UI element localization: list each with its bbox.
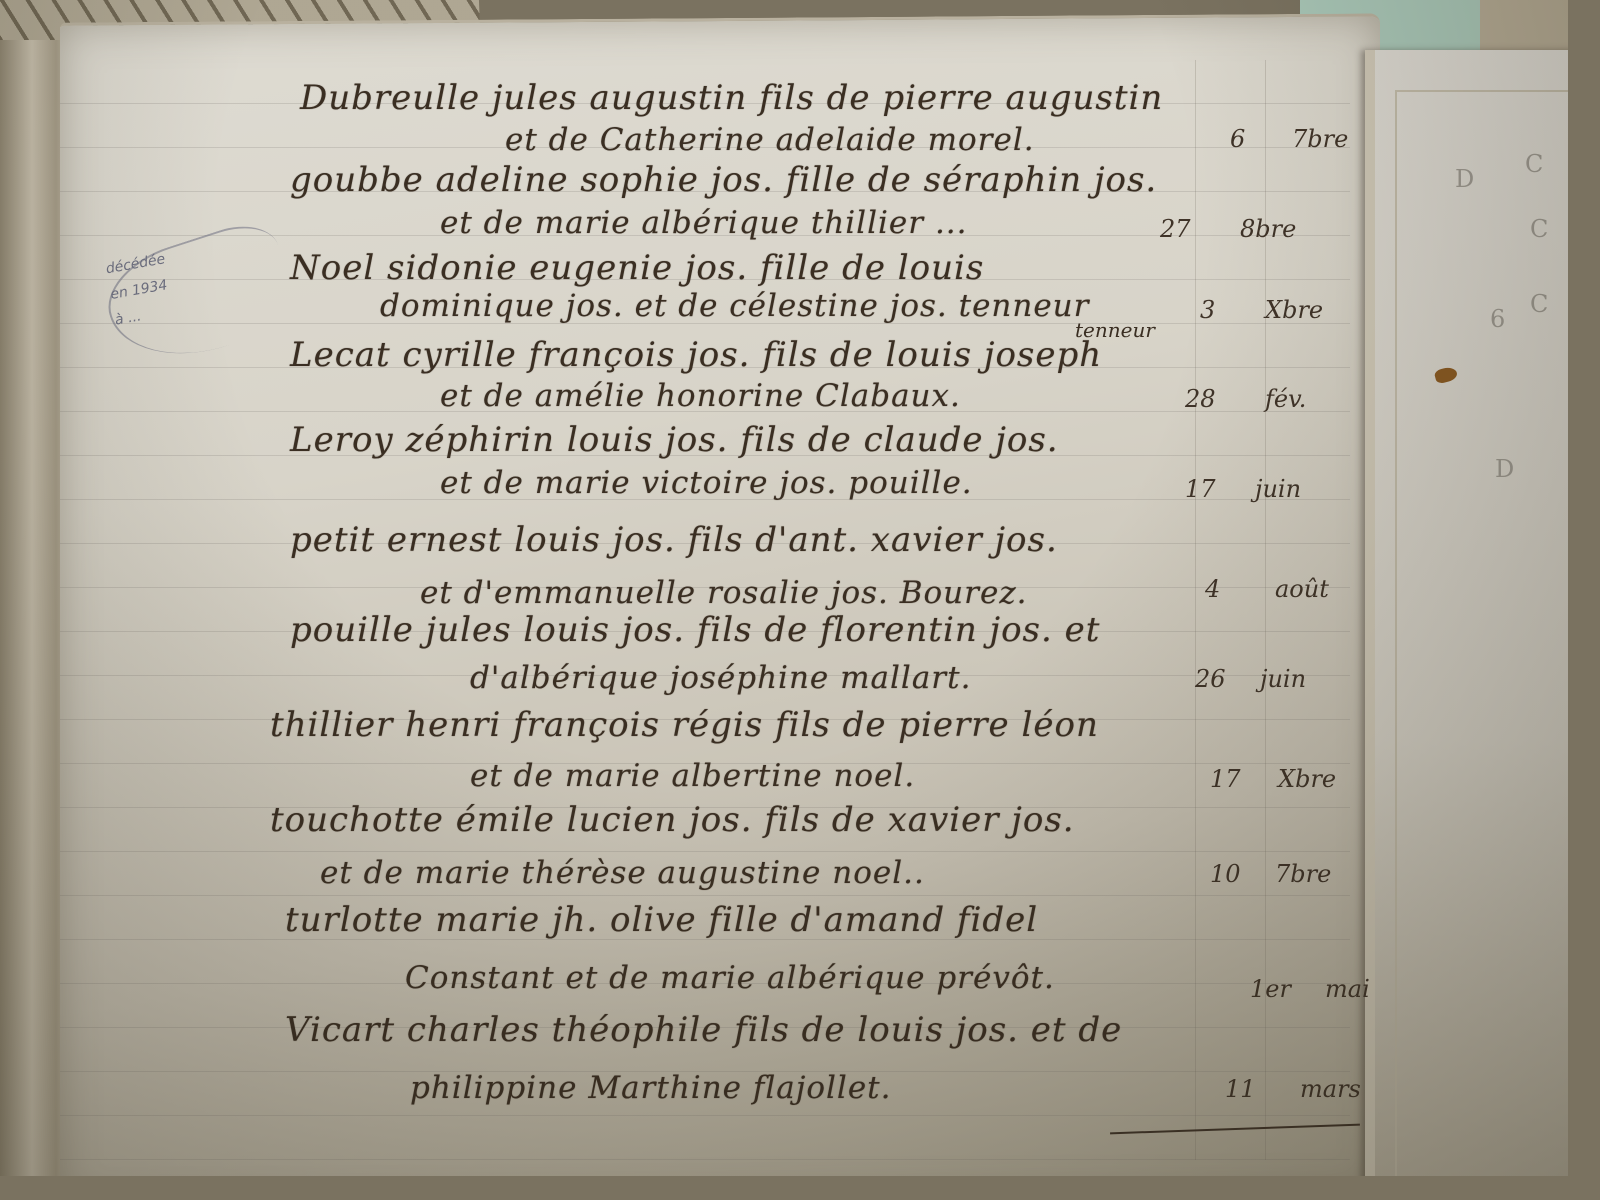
right-page-glyph: C [1530, 215, 1548, 243]
entry-line: Leroy zéphirin louis jos. fils de claude… [290, 420, 1059, 460]
entry-line: goubbe adeline sophie jos. fille de séra… [290, 160, 1157, 200]
entry-date-day: 28 [1185, 385, 1216, 413]
right-page-glyph: 6 [1490, 305, 1505, 333]
entry-line: Noel sidonie eugenie jos. fille de louis [290, 248, 984, 288]
entry-date-month: juin [1255, 475, 1301, 503]
entry-date-month: mars [1300, 1075, 1361, 1103]
entry-line: et d'emmanuelle rosalie jos. Bourez. [420, 575, 1028, 611]
entry-line: et de Catherine adelaide morel. [505, 122, 1035, 158]
entry-date-month: 7bre [1275, 860, 1331, 888]
entry-date-month: fév. [1265, 385, 1306, 413]
entry-date-month: mai [1325, 975, 1370, 1003]
date-column-rule [1195, 60, 1196, 1160]
entry-line: turlotte marie jh. olive fille d'amand f… [285, 900, 1038, 940]
entry-line: thillier henri françois régis fils de pi… [270, 705, 1099, 745]
entry-line: Constant et de marie albérique prévôt. [405, 960, 1055, 996]
right-page-glyph: D [1495, 455, 1514, 483]
entry-line: Vicart charles théophile fils de louis j… [285, 1010, 1122, 1050]
right-page-frame [1395, 90, 1568, 1176]
entry-line: et de amélie honorine Clabaux. [440, 378, 961, 414]
entry-date-month: août [1275, 575, 1329, 603]
entry-line: touchotte émile lucien jos. fils de xavi… [270, 800, 1075, 840]
entry-line: pouille jules louis jos. fils de florent… [290, 610, 1100, 650]
entry-date-day: 17 [1210, 765, 1241, 793]
entry-line: d'albérique joséphine mallart. [470, 660, 971, 696]
right-page-glyph: D [1455, 165, 1474, 193]
entry-date-month: Xbre [1278, 765, 1336, 793]
photo-scene: D C C 6 C D décédée en 1934 à ... Dubreu… [0, 0, 1568, 1176]
entry-date-day: 17 [1185, 475, 1216, 503]
entry-line: petit ernest louis jos. fils d'ant. xavi… [290, 520, 1058, 560]
entry-line: et de marie victoire jos. pouille. [440, 465, 973, 501]
right-page-glyph: C [1530, 290, 1548, 318]
entry-date-day: 1er [1250, 975, 1291, 1003]
entry-date-month: juin [1260, 665, 1306, 693]
entry-date-day: 3 [1200, 296, 1215, 324]
entry-date-day: 4 [1205, 575, 1220, 603]
entry-date-month: 7bre [1292, 125, 1348, 153]
entry-date-day: 10 [1210, 860, 1241, 888]
entry-line: Lecat cyrille françois jos. fils de loui… [290, 335, 1102, 375]
entry-line: et de marie albérique thillier ... [440, 205, 968, 241]
entry-line: et de marie albertine noel. [470, 758, 915, 794]
entry-line: philippine Marthine flajollet. [410, 1070, 892, 1106]
margin-note: décédée en 1934 à ... [104, 245, 186, 334]
entry-date-month: Xbre [1265, 296, 1323, 324]
entry-line: et de marie thérèse augustine noel.. [320, 855, 925, 891]
entry-date-month: 8bre [1240, 215, 1296, 243]
entry-line: dominique jos. et de célestine jos. tenn… [380, 288, 1089, 324]
entry-date-day: 27 [1160, 215, 1191, 243]
entry-date-day: 11 [1225, 1075, 1256, 1103]
entry-date-day: 6 [1230, 125, 1245, 153]
right-page-glyph: C [1525, 150, 1543, 178]
entry-line: Dubreulle jules augustin fils de pierre … [300, 78, 1163, 118]
entry-date-day: 26 [1195, 665, 1226, 693]
